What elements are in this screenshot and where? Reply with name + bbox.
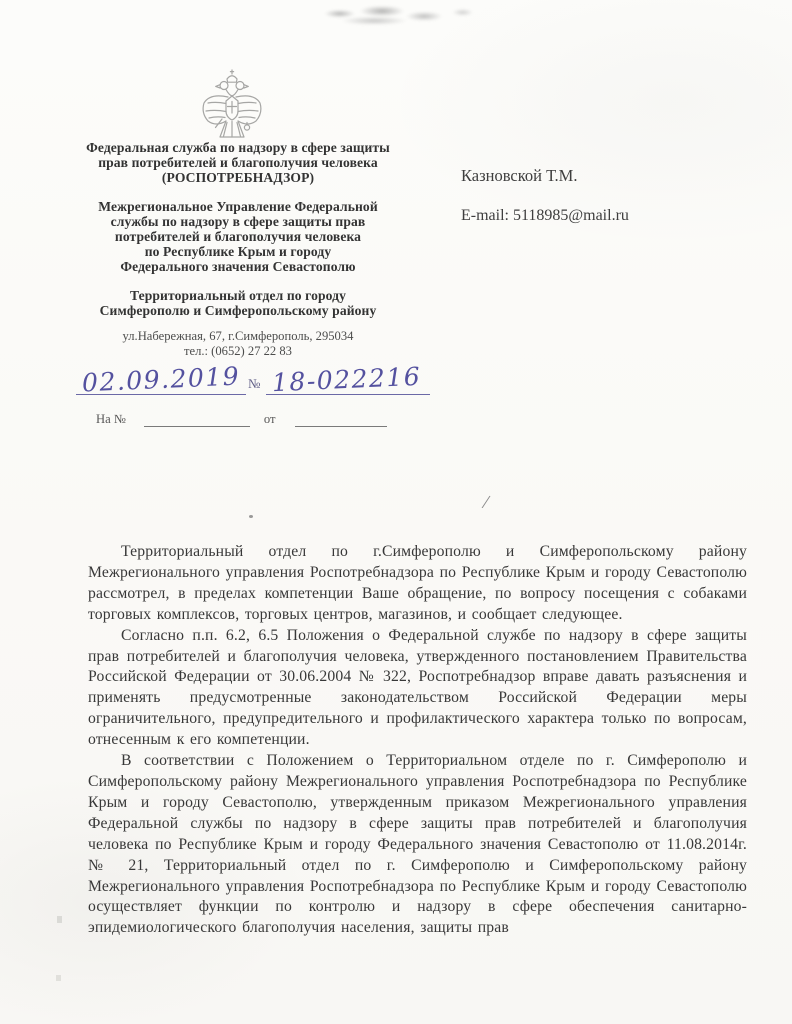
- body-paragraph: В соответствии с Положением о Территориа…: [88, 751, 747, 939]
- management-name-line: Межрегиональное Управление Федеральной: [56, 199, 420, 214]
- department-name-line: Симферополю и Симферопольскому району: [56, 303, 420, 318]
- ot-label: от: [264, 412, 276, 426]
- scanned-letter-page: Федеральная служба по надзору в сфере за…: [0, 0, 792, 1024]
- address-line: ул.Набережная, 67, г.Симферополь, 295034: [56, 329, 420, 344]
- handwritten-number: 18-022216: [272, 363, 422, 397]
- letterhead-address: ул.Набережная, 67, г.Симферополь, 295034…: [56, 329, 420, 359]
- reference-number-line: На №от: [96, 412, 387, 427]
- recipient-block: Казновской Т.М. E-mail: 5118985@mail.ru: [461, 166, 629, 225]
- agency-name: Федеральная служба по надзору в сфере за…: [56, 140, 420, 185]
- number-underline: 18-022216: [266, 366, 430, 395]
- recipient-email: E-mail: 5118985@mail.ru: [461, 207, 629, 225]
- body-paragraph: Согласно п.п. 6.2, 6.5 Положения о Федер…: [88, 626, 747, 751]
- agency-name-line: Федеральная служба по надзору в сфере за…: [56, 140, 420, 155]
- management-name-line: Федерального значения Севастополю: [56, 259, 420, 274]
- scan-smudge-artifact: [286, 2, 478, 28]
- management-name-line: потребителей и благополучия человека: [56, 229, 420, 244]
- department-name-line: Территориальный отдел по городу: [56, 288, 420, 303]
- scan-fleck-artifact: [57, 916, 62, 923]
- outgoing-number-line: 02.09.2019№18-022216: [76, 366, 430, 395]
- management-name: Межрегиональное Управление Федеральной с…: [56, 199, 420, 274]
- na-label: На №: [96, 412, 126, 426]
- number-sign: №: [248, 376, 260, 395]
- body-paragraph: Территориальный отдел по г.Симферополю и…: [88, 542, 747, 626]
- ot-blank-underline: [295, 415, 387, 427]
- scan-fleck-artifact: [56, 975, 61, 981]
- double-headed-eagle-icon: [196, 68, 268, 146]
- phone-line: тел.: (0652) 27 22 83: [56, 344, 420, 359]
- na-blank-underline: [144, 415, 250, 427]
- date-underline: 02.09.2019: [76, 366, 246, 395]
- department-name: Территориальный отдел по городу Симфероп…: [56, 288, 420, 318]
- management-name-line: по Республике Крым и городу: [56, 244, 420, 259]
- handwritten-date: 02.09.2019: [81, 363, 240, 398]
- letter-body: Территориальный отдел по г.Симферополю и…: [88, 542, 747, 939]
- management-name-line: службы по надзору в сфере защиты прав: [56, 214, 420, 229]
- agency-name-line: (РОСПОТРЕБНАДЗОР): [56, 170, 420, 185]
- agency-name-line: прав потребителей и благополучия человек…: [56, 155, 420, 170]
- letterhead: Федеральная служба по надзору в сфере за…: [56, 140, 420, 359]
- scan-slash-artifact: /: [482, 492, 490, 514]
- scan-dot-artifact: [249, 515, 253, 518]
- recipient-name: Казновской Т.М.: [461, 166, 629, 186]
